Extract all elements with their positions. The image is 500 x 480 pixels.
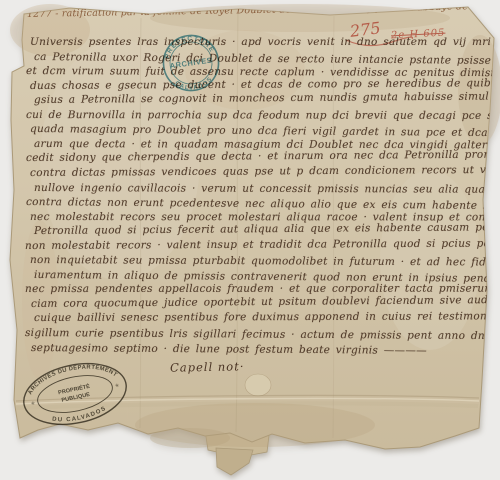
archives-oval-stamp: ARCHIVES DU DÉPARTEMENT DU CALVADOS PROP… bbox=[8, 352, 142, 436]
manuscript-line: Universis psentes lras inspecturis · apd… bbox=[30, 36, 500, 48]
scanned-parchment-document: 1277 - ratification par la femme de Roye… bbox=[0, 0, 500, 480]
manuscript-line: cuique baillivi senesc psentibus fore du… bbox=[34, 311, 500, 325]
manuscript-line: non molestabit recors · valent insup et … bbox=[25, 237, 500, 252]
manuscript-line: cedit sidony que cherpendis que decta · … bbox=[26, 149, 500, 165]
manuscript-line: nec pmissa pendentes appellacois fraudem… bbox=[25, 283, 500, 295]
round-stamp-middle-text: ARCHIVES bbox=[169, 56, 213, 71]
manuscript-line: sigillum curie psentibus lris sigillari … bbox=[25, 327, 500, 342]
manuscript-line: ciam cora quocumque judice oportebit ut … bbox=[30, 293, 500, 310]
round-stamp-bottom-text: CALVADOS bbox=[173, 75, 215, 94]
notary-signature: Capell not· bbox=[170, 359, 245, 374]
manuscript-line: non inquietabit seu pmissa pturbabit quo… bbox=[30, 254, 500, 269]
oval-stamp-star-left: ✳ bbox=[30, 401, 35, 408]
oval-stamp-star-right: ✳ bbox=[115, 383, 120, 390]
manuscript-line: cui de Burnovilla in parrochia sup dca f… bbox=[26, 109, 500, 122]
prefecture-round-stamp: PRÉFECTURE CALVADOS ARCHIVES bbox=[141, 13, 241, 113]
manuscript-line: Petronilla quod si pcius fecerit aut ali… bbox=[34, 221, 500, 237]
svg-text:CALVADOS: CALVADOS bbox=[173, 75, 215, 94]
manuscript-line: nullove ingenio cavillacois · verum ut c… bbox=[34, 182, 500, 196]
manuscript-line: gsius a Petronilla se cognovit in monche… bbox=[34, 90, 500, 106]
manuscript-line: contra dictas pmissas vendicoes quas pse… bbox=[30, 164, 500, 179]
manuscript-line: duas chosas e gsecun pse ducent · et dca… bbox=[30, 77, 500, 92]
manuscript-line: ca Petronilla uxor Rogeri dci Doublet de… bbox=[34, 51, 491, 67]
